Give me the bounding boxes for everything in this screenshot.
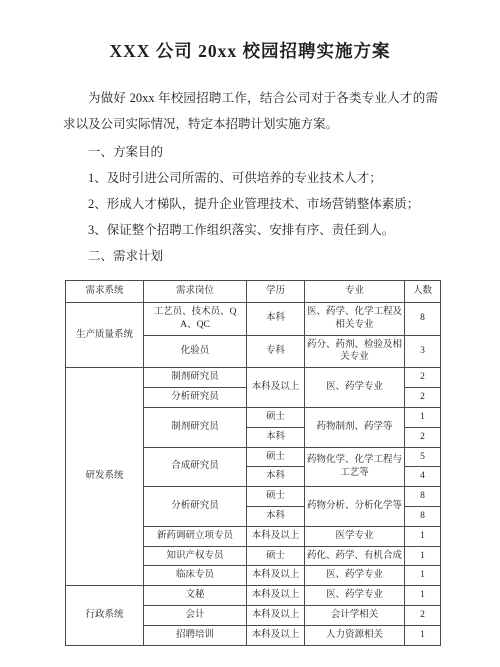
column-header: 需求系统 — [66, 281, 144, 303]
objective-item-2: 2、形成人才梯队，提升企业管理技术、市场营销整体素质； — [63, 191, 438, 217]
table-cell: 1 — [405, 586, 441, 606]
table-cell: 8 — [405, 487, 441, 507]
intro-paragraph: 为做好 20xx 年校园招聘工作，结合公司对于各类专业人才的需求以及公司实际情况… — [63, 85, 438, 137]
table-cell: 生产质量系统 — [66, 303, 144, 368]
table-cell: 医、药学专业 — [305, 586, 405, 606]
table-row: 研发系统制剂研究员本科及以上医、药学专业2 — [66, 368, 441, 388]
objective-item-1: 1、及时引进公司所需的、可供培养的专业技术人才； — [63, 165, 438, 191]
table-cell: 1 — [405, 546, 441, 566]
table-cell: 2 — [405, 368, 441, 388]
table-cell: 行政系统 — [66, 586, 144, 645]
table-cell: 5 — [405, 447, 441, 467]
header-row: 需求系统需求岗位学历专业人数 — [66, 281, 441, 303]
table-cell: 8 — [405, 303, 441, 336]
table-cell: 2 — [405, 427, 441, 447]
objective-item-3: 3、保证整个招聘工作组织落实、安排有序、责任到人。 — [63, 217, 438, 243]
table-cell: 知识产权专员 — [144, 546, 247, 566]
table-cell: 新药调研立项专员 — [144, 526, 247, 546]
table-cell: 药化、药学、有机合成 — [305, 546, 405, 566]
table-cell: 硕士 — [247, 447, 305, 467]
table-cell: 本科 — [247, 427, 305, 447]
table-cell: 本科及以上 — [247, 586, 305, 606]
table-cell: 会计学相关 — [305, 606, 405, 626]
table-cell: 1 — [405, 526, 441, 546]
table-cell: 临床专员 — [144, 566, 247, 586]
table-cell: 1 — [405, 566, 441, 586]
page-container: XXX 公司 20xx 校园招聘实施方案 为做好 20xx 年校园招聘工作，结合… — [0, 0, 500, 667]
table-cell: 专科 — [247, 335, 305, 368]
table-cell: 本科 — [247, 467, 305, 487]
table-cell: 药物分析、分析化学等 — [305, 487, 405, 527]
table-cell: 分析研究员 — [144, 388, 247, 408]
table-cell: 研发系统 — [66, 368, 144, 586]
table-row: 行政系统文秘本科及以上医、药学专业1 — [66, 586, 441, 606]
table-cell: 本科及以上 — [247, 625, 305, 645]
document-title: XXX 公司 20xx 校园招聘实施方案 — [30, 38, 470, 63]
table-cell: 硕士 — [247, 487, 305, 507]
table-cell: 合成研究员 — [144, 447, 247, 487]
column-header: 人数 — [405, 281, 441, 303]
table-cell: 本科及以上 — [247, 606, 305, 626]
table-cell: 医、药学、化学工程及相关专业 — [305, 303, 405, 336]
table-cell: 药物制剂、药学等 — [305, 407, 405, 447]
column-header: 专业 — [305, 281, 405, 303]
table-row: 生产质量系统工艺员、技术员、QA、QC本科医、药学、化学工程及相关专业8 — [66, 303, 441, 336]
table-cell: 4 — [405, 467, 441, 487]
table-cell: 本科 — [247, 303, 305, 336]
document-body: 为做好 20xx 年校园招聘工作，结合公司对于各类专业人才的需求以及公司实际情况… — [63, 85, 438, 269]
table-cell: 药分、药剂、检验及相关专业 — [305, 335, 405, 368]
table-cell: 硕士 — [247, 546, 305, 566]
table-cell: 招聘培训 — [144, 625, 247, 645]
demand-table-header: 需求系统需求岗位学历专业人数 — [66, 281, 441, 303]
section-heading-objectives: 一、方案目的 — [63, 139, 438, 165]
table-cell: 1 — [405, 407, 441, 427]
table-cell: 药物化学、化学工程与工艺等 — [305, 447, 405, 487]
table-cell: 硕士 — [247, 407, 305, 427]
table-cell: 医、药学专业 — [305, 368, 405, 408]
table-cell: 3 — [405, 335, 441, 368]
table-cell: 1 — [405, 625, 441, 645]
table-cell: 工艺员、技术员、QA、QC — [144, 303, 247, 336]
table-cell: 医学专业 — [305, 526, 405, 546]
table-cell: 本科 — [247, 506, 305, 526]
demand-table-body: 生产质量系统工艺员、技术员、QA、QC本科医、药学、化学工程及相关专业8化验员专… — [66, 303, 441, 646]
table-cell: 本科及以上 — [247, 566, 305, 586]
table-cell: 8 — [405, 506, 441, 526]
table-cell: 2 — [405, 388, 441, 408]
table-cell: 分析研究员 — [144, 487, 247, 527]
table-cell: 制剂研究员 — [144, 368, 247, 388]
table-cell: 制剂研究员 — [144, 407, 247, 447]
table-cell: 本科及以上 — [247, 368, 305, 408]
section-heading-demand-plan: 二、需求计划 — [63, 243, 438, 269]
column-header: 需求岗位 — [144, 281, 247, 303]
table-cell: 2 — [405, 606, 441, 626]
table-cell: 医、药学专业 — [305, 566, 405, 586]
table-cell: 文秘 — [144, 586, 247, 606]
table-cell: 会计 — [144, 606, 247, 626]
table-cell: 人力资源相关 — [305, 625, 405, 645]
table-cell: 本科及以上 — [247, 526, 305, 546]
demand-table: 需求系统需求岗位学历专业人数 生产质量系统工艺员、技术员、QA、QC本科医、药学… — [65, 280, 441, 646]
table-cell: 化验员 — [144, 335, 247, 368]
column-header: 学历 — [247, 281, 305, 303]
